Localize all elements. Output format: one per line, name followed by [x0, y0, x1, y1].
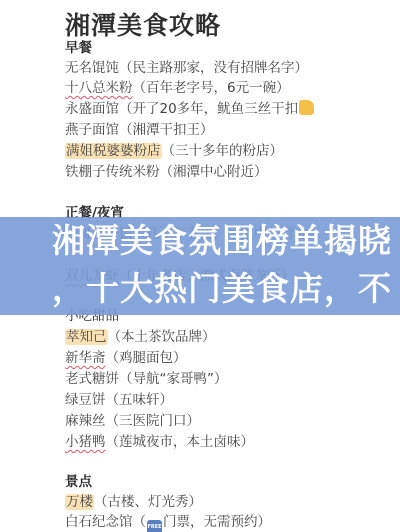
- list-item: 铁棚子传统米粉（湘潭中心附近）: [65, 162, 268, 182]
- list-item: 满姐税婆婆粉店（三十多年的粉店）: [65, 141, 283, 161]
- item-note: （三医院门口）: [106, 413, 201, 429]
- item-name: 新华斋: [65, 350, 106, 366]
- item-name: 永盛面馆: [65, 101, 119, 117]
- item-name: 十八总米粉: [65, 80, 133, 96]
- item-name: 铁棚子传统米粉: [65, 164, 160, 180]
- headline-overlay-banner: 湘潭美食氛围榜单揭晓 ，十大热门美食店，不: [0, 217, 400, 315]
- item-note: （导航“家哥鸭”）: [119, 371, 228, 387]
- section-heading-sights: 景点: [65, 472, 92, 492]
- overlay-headline-line1: 湘潭美食氛围榜单揭晓: [52, 221, 400, 261]
- list-item: 永盛面馆（开了20多年，鱿鱼三丝干扣: [65, 99, 314, 119]
- list-item: 老式糖饼（导航“家哥鸭”）: [65, 369, 228, 389]
- item-note: （百年老字号，6元一碗）: [133, 80, 290, 96]
- item-name: 无名馄饨: [65, 60, 119, 76]
- section-heading-breakfast: 早餐: [65, 38, 92, 58]
- item-name: 绿豆饼: [65, 392, 106, 408]
- item-note: （开了20多年，鱿鱼三丝干扣: [119, 101, 298, 117]
- item-note: （古楼、灯光秀）: [94, 494, 202, 510]
- list-item: 十八总米粉（百年老字号，6元一碗）: [65, 78, 290, 98]
- list-item: 新华斋（鸡腿面包）: [65, 348, 187, 368]
- page-title: 湘潭美食攻略: [65, 6, 221, 42]
- item-note-prefix: （: [133, 514, 147, 530]
- item-note: （湘潭中心附近）: [160, 164, 268, 180]
- list-item: 燕子面馆（湘潭干扣王）: [65, 120, 214, 140]
- item-note: （鸡腿面包）: [106, 350, 187, 366]
- list-item: 绿豆饼（五味轩）: [65, 390, 173, 410]
- item-note: （三十多年的粉店）: [162, 143, 284, 159]
- item-note: （湘潭干扣王）: [119, 122, 214, 138]
- item-name: 麻辣丝: [65, 413, 106, 429]
- item-name: 萃知己: [65, 329, 108, 345]
- item-note: （民主路那家，没有招牌名字）: [119, 60, 308, 76]
- free-badge-icon: FREE: [147, 520, 162, 532]
- item-name: 万楼: [65, 494, 94, 510]
- item-name: 小猪鸭: [65, 434, 106, 450]
- list-item: 白石纪念馆（FREE门票，无需预约）: [65, 512, 271, 532]
- list-item: 小猪鸭（莲城夜市，本土卤味）: [65, 432, 254, 452]
- list-item: 麻辣丝（三医院门口）: [65, 411, 200, 431]
- thumbs-up-icon: [299, 100, 314, 115]
- list-item: 无名馄饨（民主路那家，没有招牌名字）: [65, 58, 308, 78]
- item-note: （本土茶饮品牌）: [108, 329, 216, 345]
- list-item: 萃知己（本土茶饮品牌）: [65, 327, 216, 347]
- item-name: 白石纪念馆: [65, 514, 133, 530]
- item-name: 满姐税婆婆粉店: [65, 143, 162, 159]
- list-item: 万楼（古楼、灯光秀）: [65, 492, 202, 512]
- item-note: 门票，无需预约）: [163, 514, 271, 530]
- item-note: （五味轩）: [106, 392, 174, 408]
- item-name: 老式糖饼: [65, 371, 119, 387]
- item-note: （莲城夜市，本土卤味）: [106, 434, 255, 450]
- overlay-headline-line2: ，十大热门美食店，不: [52, 269, 400, 309]
- item-name: 燕子面馆: [65, 122, 119, 138]
